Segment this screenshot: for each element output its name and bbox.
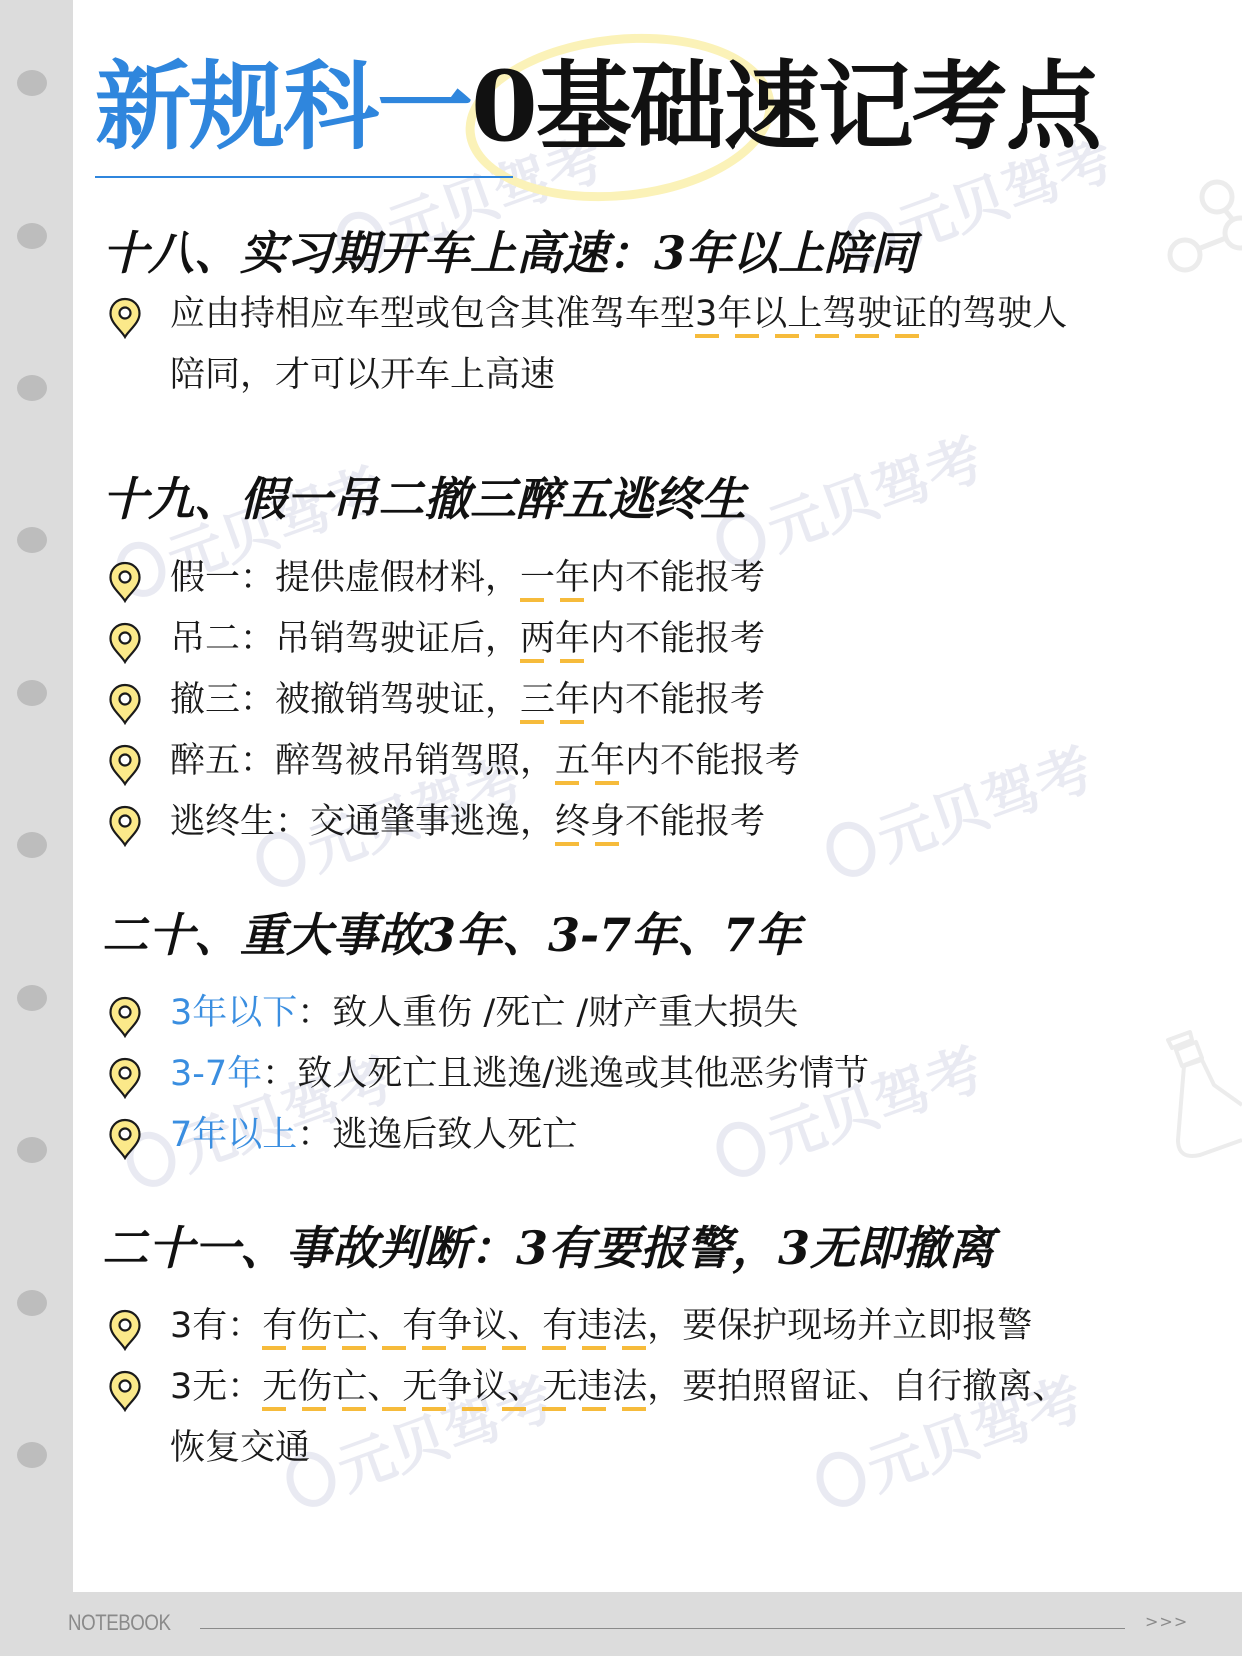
section-heading-20: 二十、重大事故3年、3-7年、7年 [90, 902, 819, 968]
title-underline [95, 176, 513, 178]
binder-hole [17, 680, 47, 706]
binder-hole [17, 375, 47, 401]
location-pin-icon [108, 805, 142, 847]
footer: NOTEBOOK >>> [0, 1592, 1242, 1656]
title-black-part: 0基础速记考点 [471, 50, 1100, 163]
section-heading-21: 二十一、事故判断：3有要报警，3无即撤离 [90, 1215, 1012, 1281]
binder-hole [17, 70, 47, 96]
binder-hole [17, 1442, 47, 1468]
binder-hole [17, 527, 47, 553]
footer-divider [200, 1628, 1125, 1629]
next-arrows: >>> [1145, 1612, 1188, 1631]
binder-hole [17, 1290, 47, 1316]
page-title: 新规科一0基础速记考点 [95, 52, 1100, 162]
section-heading-19: 十九、假一吊二撤三醉五逃终生 [90, 466, 764, 532]
binder-hole [17, 223, 47, 249]
location-pin-icon [108, 561, 142, 603]
location-pin-icon [108, 297, 142, 339]
binder-hole [17, 1137, 47, 1163]
location-pin-icon [108, 683, 142, 725]
binder-hole [17, 985, 47, 1011]
location-pin-icon [108, 996, 142, 1038]
location-pin-icon [108, 1118, 142, 1160]
location-pin-icon [108, 744, 142, 786]
footer-label: NOTEBOOK [68, 1610, 171, 1636]
binder-hole [17, 832, 47, 858]
location-pin-icon [108, 1309, 142, 1351]
title-blue-part: 新规科一 [95, 50, 471, 163]
section-heading-18: 十八、实习期开车上高速：3年以上陪同 [90, 220, 934, 286]
location-pin-icon [108, 622, 142, 664]
location-pin-icon [108, 1370, 142, 1412]
location-pin-icon [108, 1057, 142, 1099]
